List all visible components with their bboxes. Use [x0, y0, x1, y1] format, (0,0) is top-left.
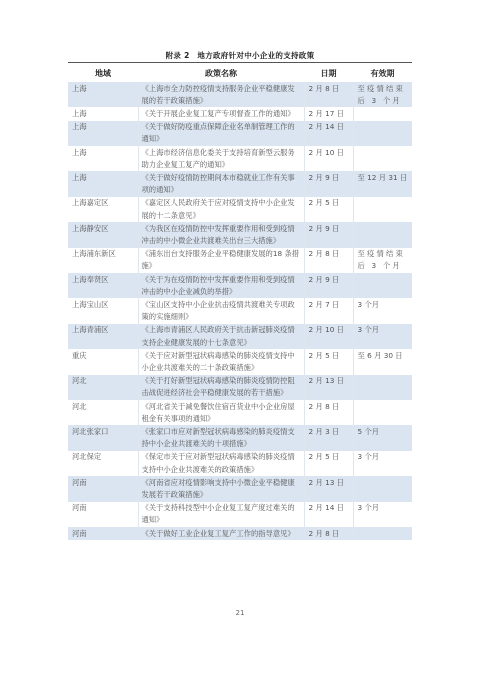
cell-validity [353, 273, 412, 298]
cell-region: 上海浦东新区 [68, 248, 138, 273]
cell-policy: 《嘉定区人民政府关于应对疫情支持中小企业发展的十二条意见》 [138, 197, 304, 222]
table-row: 上海青浦区《上海市青浦区人民政府关于抗击新冠肺炎疫情支持企业健康发展的十七条意见… [68, 324, 412, 349]
table-body: 上海《上海市全力防控疫情支持服务企业平稳健康发展的若干政策措施》2 月 8 日至… [68, 82, 412, 540]
cell-region: 河南 [68, 527, 138, 540]
cell-region: 河南 [68, 476, 138, 501]
table-row: 上海《关于做好防疫重点保障企业名单制管理工作的通知》2 月 14 日 [68, 121, 412, 146]
cell-date: 2 月 7 日 [304, 298, 353, 323]
cell-date: 2 月 3 日 [304, 425, 353, 450]
cell-validity [353, 400, 412, 425]
top-rule [68, 62, 412, 63]
cell-validity: 至疫情结束后 3 个月 [353, 82, 412, 107]
table-row: 河南《河南省应对疫情影响支持中小微企业平稳健康发展若干政策措施》2 月 13 日 [68, 476, 412, 501]
table-row: 河北张家口《张家口市应对新型冠状病毒感染的肺炎疫情支持中小企业共渡难关的十项措施… [68, 425, 412, 450]
cell-region: 河北 [68, 375, 138, 400]
header-policy: 政策名称 [138, 64, 304, 82]
cell-validity: 至 12 月 31 日 [353, 171, 412, 196]
table-row: 河南《关于支持科技型中小企业复工复产度过难关的通知》2 月 14 日3 个月 [68, 502, 412, 527]
cell-validity: 5 个月 [353, 425, 412, 450]
cell-date: 2 月 9 日 [304, 222, 353, 247]
cell-date: 2 月 10 日 [304, 324, 353, 349]
cell-policy: 《关于做好防疫重点保障企业名单制管理工作的通知》 [138, 121, 304, 146]
cell-date: 2 月 9 日 [304, 273, 353, 298]
cell-validity [353, 146, 412, 171]
table-row: 河北《河北省关于减免餐饮住宿百货业中小企业房屋租金有关事项的通知》2 月 8 日 [68, 400, 412, 425]
table-row: 上海嘉定区《嘉定区人民政府关于应对疫情支持中小企业发展的十二条意见》2 月 5 … [68, 197, 412, 222]
cell-region: 上海 [68, 107, 138, 120]
cell-validity [353, 222, 412, 247]
cell-validity [353, 375, 412, 400]
table-header-row: 地域 政策名称 日期 有效期 [68, 64, 412, 82]
cell-date: 2 月 8 日 [304, 400, 353, 425]
cell-date: 2 月 13 日 [304, 476, 353, 501]
table-row: 上海《关于做好疫情防控期间本市稳就业工作有关事项的通知》2 月 9 日至 12 … [68, 171, 412, 196]
table-row: 河南《关于做好工业企业复工复产工作的指导意见》2 月 8 日 [68, 527, 412, 540]
table-row: 上海浦东新区《浦东出台支持服务企业平稳健康发展的18 条措施》2 月 8 日至疫… [68, 248, 412, 273]
cell-policy: 《关于做好工业企业复工复产工作的指导意见》 [138, 527, 304, 540]
cell-validity: 3 个月 [353, 451, 412, 476]
table-row: 河北保定《保定市关于应对新型冠状病毒感染的肺炎疫情支持中小企业共渡难关的政策措施… [68, 451, 412, 476]
cell-region: 上海青浦区 [68, 324, 138, 349]
cell-validity [353, 476, 412, 501]
cell-policy: 《关于开展企业复工复产专项督查工作的通知》 [138, 107, 304, 120]
cell-validity: 3 个月 [353, 298, 412, 323]
cell-policy: 《保定市关于应对新型冠状病毒感染的肺炎疫情支持中小企业共渡难关的政策措施》 [138, 451, 304, 476]
cell-date: 2 月 8 日 [304, 82, 353, 107]
page-number: 21 [0, 609, 480, 617]
cell-region: 上海静安区 [68, 222, 138, 247]
cell-policy: 《关于支持科技型中小企业复工复产度过难关的通知》 [138, 502, 304, 527]
cell-validity [353, 527, 412, 540]
cell-policy: 《上海市青浦区人民政府关于抗击新冠肺炎疫情支持企业健康发展的十七条意见》 [138, 324, 304, 349]
table-row: 上海《关于开展企业复工复产专项督查工作的通知》2 月 17 日 [68, 107, 412, 120]
cell-policy: 《上海市全力防控疫情支持服务企业平稳健康发展的若干政策措施》 [138, 82, 304, 107]
cell-region: 河南 [68, 502, 138, 527]
table-row: 上海《上海市全力防控疫情支持服务企业平稳健康发展的若干政策措施》2 月 8 日至… [68, 82, 412, 107]
cell-region: 上海嘉定区 [68, 197, 138, 222]
cell-date: 2 月 14 日 [304, 121, 353, 146]
header-validity: 有效期 [353, 64, 412, 82]
cell-policy: 《关于做好疫情防控期间本市稳就业工作有关事项的通知》 [138, 171, 304, 196]
cell-region: 上海 [68, 82, 138, 107]
cell-date: 2 月 10 日 [304, 146, 353, 171]
header-region: 地域 [68, 64, 138, 82]
cell-date: 2 月 5 日 [304, 451, 353, 476]
policy-table: 地域 政策名称 日期 有效期 上海《上海市全力防控疫情支持服务企业平稳健康发展的… [68, 64, 412, 540]
table-row: 重庆《关于应对新型冠状病毒感染的肺炎疫情支持中小企业共渡难关的二十条政策措施》2… [68, 349, 412, 374]
cell-policy: 《关于应对新型冠状病毒感染的肺炎疫情支持中小企业共渡难关的二十条政策措施》 [138, 349, 304, 374]
cell-date: 2 月 5 日 [304, 197, 353, 222]
table-row: 上海《上海市经济信息化委关于支持培育新型云服务 助力企业复工复产的通知》2 月 … [68, 146, 412, 171]
cell-date: 2 月 14 日 [304, 502, 353, 527]
cell-policy: 《张家口市应对新型冠状病毒感染的肺炎疫情支持中小企业共渡难关的十项措施》 [138, 425, 304, 450]
cell-date: 2 月 9 日 [304, 171, 353, 196]
cell-policy: 《宝山区支持中小企业抗击疫情共渡难关专项政策的实施细则》 [138, 298, 304, 323]
cell-region: 河北张家口 [68, 425, 138, 450]
cell-policy: 《关于为在疫情防控中发挥重要作用和受到疫情冲击的中小企业减负的举措》 [138, 273, 304, 298]
cell-validity: 至 6 月 30 日 [353, 349, 412, 374]
cell-region: 河北 [68, 400, 138, 425]
cell-policy: 《浦东出台支持服务企业平稳健康发展的18 条措施》 [138, 248, 304, 273]
cell-validity: 3 个月 [353, 324, 412, 349]
cell-region: 上海 [68, 171, 138, 196]
cell-region: 河北保定 [68, 451, 138, 476]
header-date: 日期 [304, 64, 353, 82]
cell-date: 2 月 13 日 [304, 375, 353, 400]
cell-policy: 《为我区在疫情防控中发挥重要作用和受到疫情冲击的中小微企业共渡难关出台三大措施》 [138, 222, 304, 247]
cell-date: 2 月 8 日 [304, 527, 353, 540]
cell-validity: 3 个月 [353, 502, 412, 527]
cell-validity: 至疫情结束后 3 个月 [353, 248, 412, 273]
cell-validity [353, 197, 412, 222]
table-row: 上海静安区《为我区在疫情防控中发挥重要作用和受到疫情冲击的中小微企业共渡难关出台… [68, 222, 412, 247]
cell-region: 重庆 [68, 349, 138, 374]
cell-policy: 《河南省应对疫情影响支持中小微企业平稳健康发展若干政策措施》 [138, 476, 304, 501]
cell-region: 上海 [68, 121, 138, 146]
cell-date: 2 月 5 日 [304, 349, 353, 374]
table-row: 上海宝山区《宝山区支持中小企业抗击疫情共渡难关专项政策的实施细则》2 月 7 日… [68, 298, 412, 323]
table-row: 河北《关于打好新型冠状病毒感染的肺炎疫情防控阻击战促进经济社会平稳健康发展的若干… [68, 375, 412, 400]
cell-policy: 《关于打好新型冠状病毒感染的肺炎疫情防控阻击战促进经济社会平稳健康发展的若干措施… [138, 375, 304, 400]
cell-validity [353, 107, 412, 120]
cell-policy: 《上海市经济信息化委关于支持培育新型云服务 助力企业复工复产的通知》 [138, 146, 304, 171]
cell-policy: 《河北省关于减免餐饮住宿百货业中小企业房屋租金有关事项的通知》 [138, 400, 304, 425]
cell-validity [353, 121, 412, 146]
table-caption: 附录 2 地方政府针对中小企业的支持政策 [0, 50, 480, 61]
cell-date: 2 月 17 日 [304, 107, 353, 120]
cell-region: 上海宝山区 [68, 298, 138, 323]
cell-date: 2 月 8 日 [304, 248, 353, 273]
table-row: 上海奉贤区《关于为在疫情防控中发挥重要作用和受到疫情冲击的中小企业减负的举措》2… [68, 273, 412, 298]
cell-region: 上海 [68, 146, 138, 171]
cell-region: 上海奉贤区 [68, 273, 138, 298]
